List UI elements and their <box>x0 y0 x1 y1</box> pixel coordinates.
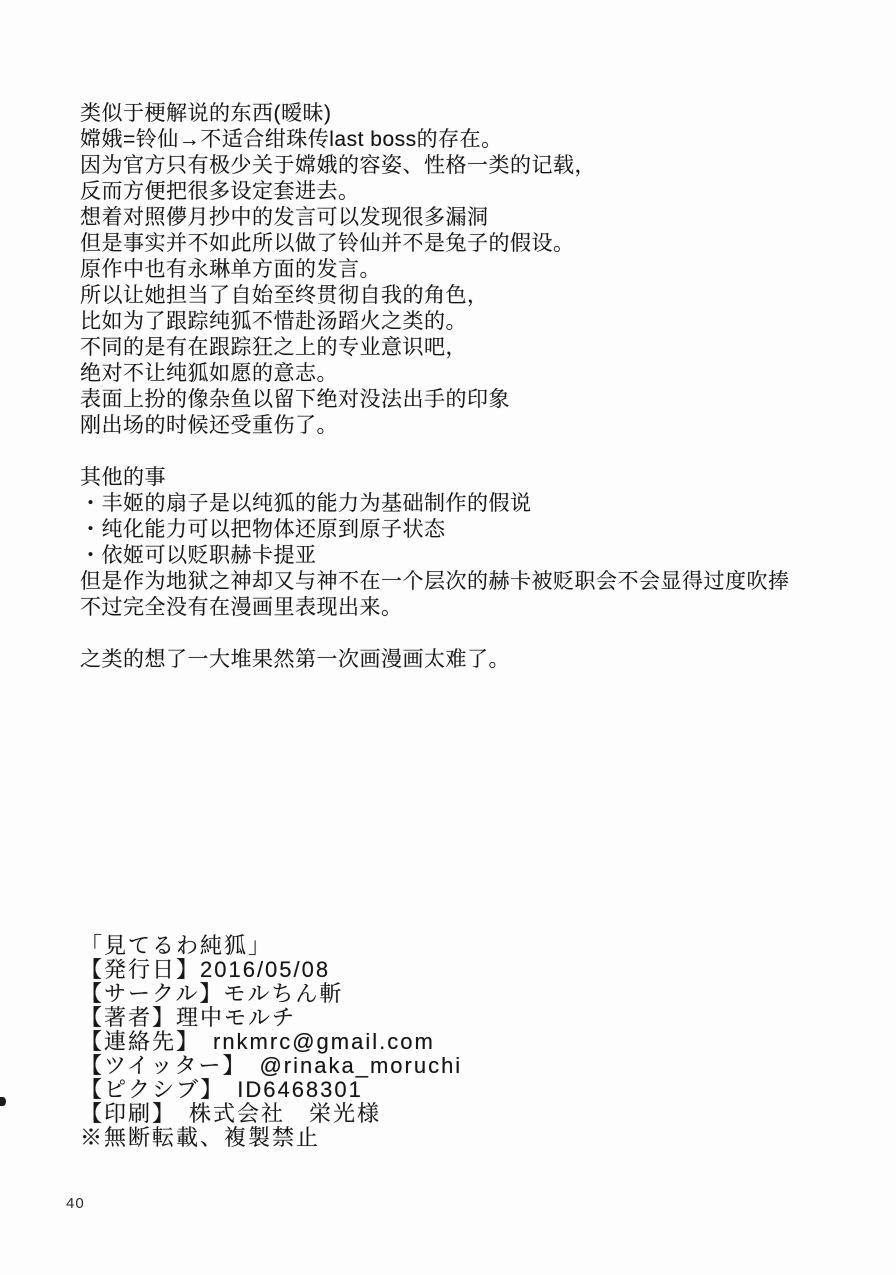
afterword-paragraph-1: 类似于梗解说的东西(暧昧) 嫦娥=铃仙→不适合绀珠传last boss的存在。 … <box>80 101 790 439</box>
colophon-circle: 【サークル】モルちん斬 <box>80 982 462 1006</box>
colophon-copyright-notice: ※無断転載、複製禁止 <box>80 1126 462 1150</box>
afterword-line: 不过完全没有在漫画里表现出来。 <box>80 595 790 621</box>
colophon: 「見てるわ純狐」 【発行日】2016/05/08 【サークル】モルちん斬 【著者… <box>80 934 462 1150</box>
colophon-printer: 【印刷】 株式会社 栄光様 <box>80 1102 462 1126</box>
afterword-line: 所以让她担当了自始至终贯彻自我的角色， <box>80 283 790 309</box>
afterword-line: 不同的是有在跟踪狂之上的专业意识吧， <box>80 335 790 361</box>
afterword-line: 比如为了跟踪纯狐不惜赴汤蹈火之类的。 <box>80 309 790 335</box>
afterword-line: 但是事实并不如此所以做了铃仙并不是兔子的假设。 <box>80 231 790 257</box>
afterword-line: 刚出场的时候还受重伤了。 <box>80 413 790 439</box>
afterword-text: 类似于梗解说的东西(暧昧) 嫦娥=铃仙→不适合绀珠传last boss的存在。 … <box>80 101 790 673</box>
afterword-line: 反而方便把很多设定套进去。 <box>80 179 790 205</box>
afterword-bullet-line: ・纯化能力可以把物体还原到原子状态 <box>80 517 790 543</box>
colophon-contact-email: 【連絡先】 rnkmrc@gmail.com <box>80 1030 462 1054</box>
afterword-paragraph-2: 其他的事 ・丰姬的扇子是以纯狐的能力为基础制作的假说 ・纯化能力可以把物体还原到… <box>80 465 790 621</box>
colophon-publish-date: 【発行日】2016/05/08 <box>80 958 462 982</box>
colophon-author: 【著者】理中モルチ <box>80 1006 462 1030</box>
afterword-line: 因为官方只有极少关于嫦娥的容姿、性格一类的记载， <box>80 153 790 179</box>
colophon-twitter: 【ツイッター】 @rinaka_moruchi <box>80 1054 462 1078</box>
afterword-line: 类似于梗解说的东西(暧昧) <box>80 101 790 127</box>
colophon-title: 「見てるわ純狐」 <box>80 934 462 958</box>
afterword-bullet-line: ・丰姬的扇子是以纯狐的能力为基础制作的假说 <box>80 491 790 517</box>
afterword-paragraph-3: 之类的想了一大堆果然第一次画漫画太难了。 <box>80 647 790 673</box>
afterword-line: 但是作为地狱之神却又与神不在一个层次的赫卡被贬职会不会显得过度吹捧 <box>80 569 790 595</box>
afterword-line: 之类的想了一大堆果然第一次画漫画太难了。 <box>80 647 790 673</box>
afterword-line: 其他的事 <box>80 465 790 491</box>
afterword-line: 想着对照儚月抄中的发言可以发现很多漏洞 <box>80 205 790 231</box>
afterword-line: 表面上扮的像杂鱼以留下绝对没法出手的印象 <box>80 387 790 413</box>
scanned-page: 类似于梗解说的东西(暧昧) 嫦娥=铃仙→不适合绀珠传last boss的存在。 … <box>0 0 896 1275</box>
afterword-line: 原作中也有永琳单方面的发言。 <box>80 257 790 283</box>
page-number: 40 <box>66 1195 85 1212</box>
afterword-bullet-line: ・依姬可以贬职赫卡提亚 <box>80 543 790 569</box>
colophon-pixiv: 【ピクシブ】 ID6468301 <box>80 1078 462 1102</box>
afterword-line: 绝对不让纯狐如愿的意志。 <box>80 361 790 387</box>
afterword-line: 嫦娥=铃仙→不适合绀珠传last boss的存在。 <box>80 127 790 153</box>
scan-artifact <box>0 1097 6 1106</box>
